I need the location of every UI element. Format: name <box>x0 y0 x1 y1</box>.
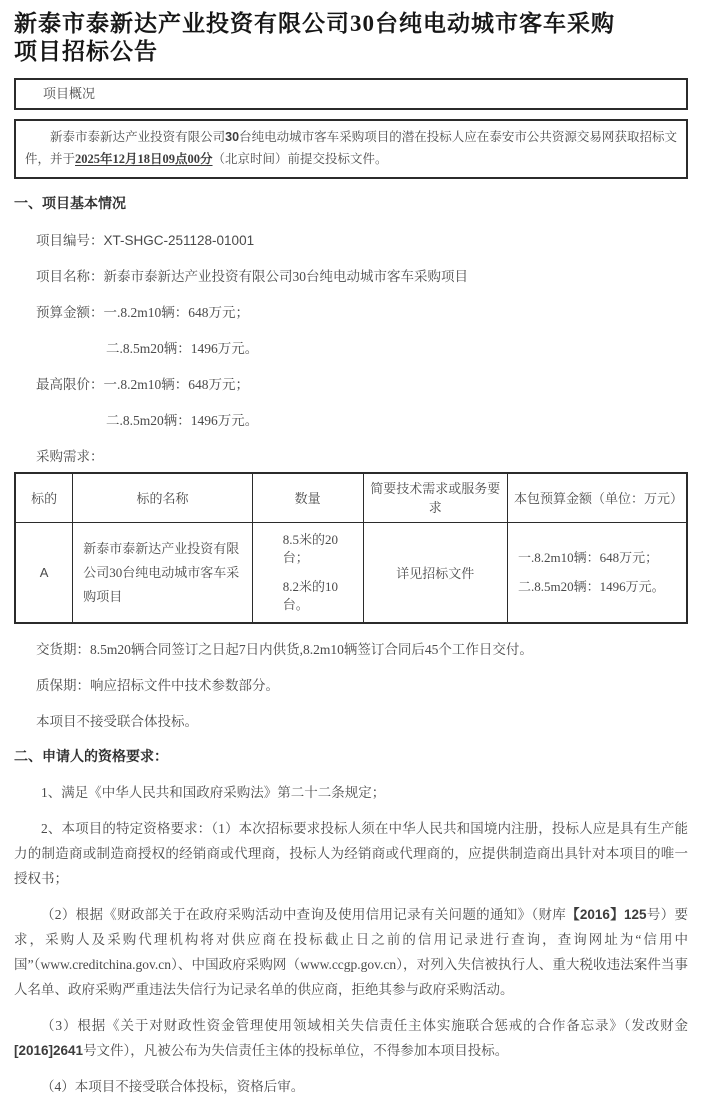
budget-value-line2: 二.8.5m20辆：1496万元。 <box>106 341 258 356</box>
project-number-label: 项目编号： <box>36 233 104 248</box>
project-overview-box: 项目概况 <box>14 78 688 110</box>
cell-tech-requirements: 详见招标文件 <box>363 523 507 624</box>
qualification-item-1: 1、满足《中华人民共和国政府采购法》第二十二条规定； <box>14 780 688 805</box>
qualification-item-4-doc-number: [2016]2641 <box>14 1043 83 1058</box>
quantity-line-2: 8.2米的10台。 <box>283 578 359 614</box>
qualification-item-5: （4）本项目不接受联合体投标，资格后审。 <box>14 1074 688 1099</box>
qualification-item-3: （2）根据《财政部关于在政府采购活动中查询及使用信用记录有关问题的通知》（财库【… <box>14 902 688 1002</box>
field-project-number: 项目编号：XT-SHGC-251128-01001 <box>14 231 688 251</box>
section-qualification-heading: 二、申请人的资格要求： <box>14 748 688 768</box>
qualification-item-4-part1: （3）根据《关于对财政性资金管理使用领域相关失信责任主体实施联合惩戒的合作备忘录… <box>41 1018 688 1033</box>
table-header-lot: 标的 <box>15 473 73 523</box>
table-header-quantity: 数量 <box>252 473 363 523</box>
overview-summary-company: 新泰市泰新达产业投资有限公司 <box>50 130 225 144</box>
qualification-item-4: （3）根据《关于对财政性资金管理使用领域相关失信责任主体实施联合惩戒的合作备忘录… <box>14 1013 688 1063</box>
field-budget-line1: 预算金额：一.8.2m10辆：648万元； <box>14 303 688 323</box>
project-number-value: XT-SHGC-251128-01001 <box>104 233 255 248</box>
max-price-value-line2: 二.8.5m20辆：1496万元。 <box>106 413 258 428</box>
field-delivery-period: 交货期：8.5m20辆合同签订之日起7日内供货,8.2m10辆签订合同后45个工… <box>14 640 688 660</box>
project-overview-label: 项目概况 <box>43 86 95 101</box>
table-header-name: 标的名称 <box>73 473 252 523</box>
bid-deadline: 2025年12月18日09点00分 <box>75 152 213 166</box>
quantity-line-1: 8.5米的20台； <box>283 531 359 567</box>
page-title-line-1: 新泰市泰新达产业投资有限公司30台纯电动城市客车采购 <box>14 10 688 38</box>
package-budget-line-2: 二.8.5m20辆：1496万元。 <box>518 578 680 596</box>
qualification-item-4-part2: 号文件），凡被公布为失信责任主体的投标单位，不得参加本项目投标。 <box>83 1043 508 1058</box>
field-max-price-line1: 最高限价：一.8.2m10辆：648万元； <box>14 375 688 395</box>
page-title: 新泰市泰新达产业投资有限公司30台纯电动城市客车采购 项目招标公告 <box>14 10 688 66</box>
budget-label: 预算金额： <box>36 305 104 320</box>
field-budget-line2: 二.8.5m20辆：1496万元。 <box>14 339 688 359</box>
qualification-item-2: 2、本项目的特定资格要求：（1）本次招标要求投标人须在中华人民共和国境内注册，投… <box>14 816 688 891</box>
project-name-value: 新泰市泰新达产业投资有限公司30台纯电动城市客车采购项目 <box>104 269 469 284</box>
field-max-price-line2: 二.8.5m20辆：1496万元。 <box>14 411 688 431</box>
field-no-consortium: 本项目不接受联合体投标。 <box>14 712 688 732</box>
package-budget-line-1: 一.8.2m10辆：648万元； <box>518 549 680 567</box>
table-header-row: 标的 标的名称 数量 简要技术需求或服务要求 本包预算金额（单位：万元） <box>15 473 687 523</box>
table-header-tech-requirements: 简要技术需求或服务要求 <box>363 473 507 523</box>
overview-summary-tail: （北京时间）前提交投标文件。 <box>213 152 388 166</box>
table-header-package-budget: 本包预算金额（单位：万元） <box>508 473 687 523</box>
tender-announcement-document: 新泰市泰新达产业投资有限公司30台纯电动城市客车采购 项目招标公告 项目概况 新… <box>0 0 702 1117</box>
project-name-label: 项目名称： <box>36 269 104 284</box>
cell-lot: A <box>15 523 73 624</box>
max-price-value-line1: 一.8.2m10辆：648万元； <box>104 377 250 392</box>
table-row: A 新泰市泰新达产业投资有限公司30台纯电动城市客车采购项目 8.5米的20台；… <box>15 523 687 624</box>
budget-value-line1: 一.8.2m10辆：648万元； <box>104 305 250 320</box>
cell-name: 新泰市泰新达产业投资有限公司30台纯电动城市客车采购项目 <box>73 523 252 624</box>
section-basic-info-heading: 一、项目基本情况 <box>14 195 688 215</box>
procurement-requirements-label: 采购需求： <box>14 447 688 467</box>
procurement-table: 标的 标的名称 数量 简要技术需求或服务要求 本包预算金额（单位：万元） A 新… <box>14 472 688 624</box>
qualification-item-3-part1: （2）根据《财政部关于在政府采购活动中查询及使用信用记录有关问题的通知》（财库 <box>41 907 566 922</box>
overview-summary-bus-count: 30 <box>225 130 239 144</box>
overview-summary-box: 新泰市泰新达产业投资有限公司30台纯电动城市客车采购项目的潜在投标人应在泰安市公… <box>14 119 688 179</box>
qualification-item-3-doc-number: 【2016】125 <box>566 907 647 922</box>
field-warranty-period: 质保期：响应招标文件中技术参数部分。 <box>14 676 688 696</box>
max-price-label: 最高限价： <box>36 377 104 392</box>
page-title-line-2: 项目招标公告 <box>14 38 688 66</box>
field-project-name: 项目名称：新泰市泰新达产业投资有限公司30台纯电动城市客车采购项目 <box>14 267 688 287</box>
cell-quantity: 8.5米的20台； 8.2米的10台。 <box>252 523 363 624</box>
cell-package-budget: 一.8.2m10辆：648万元； 二.8.5m20辆：1496万元。 <box>508 523 687 624</box>
